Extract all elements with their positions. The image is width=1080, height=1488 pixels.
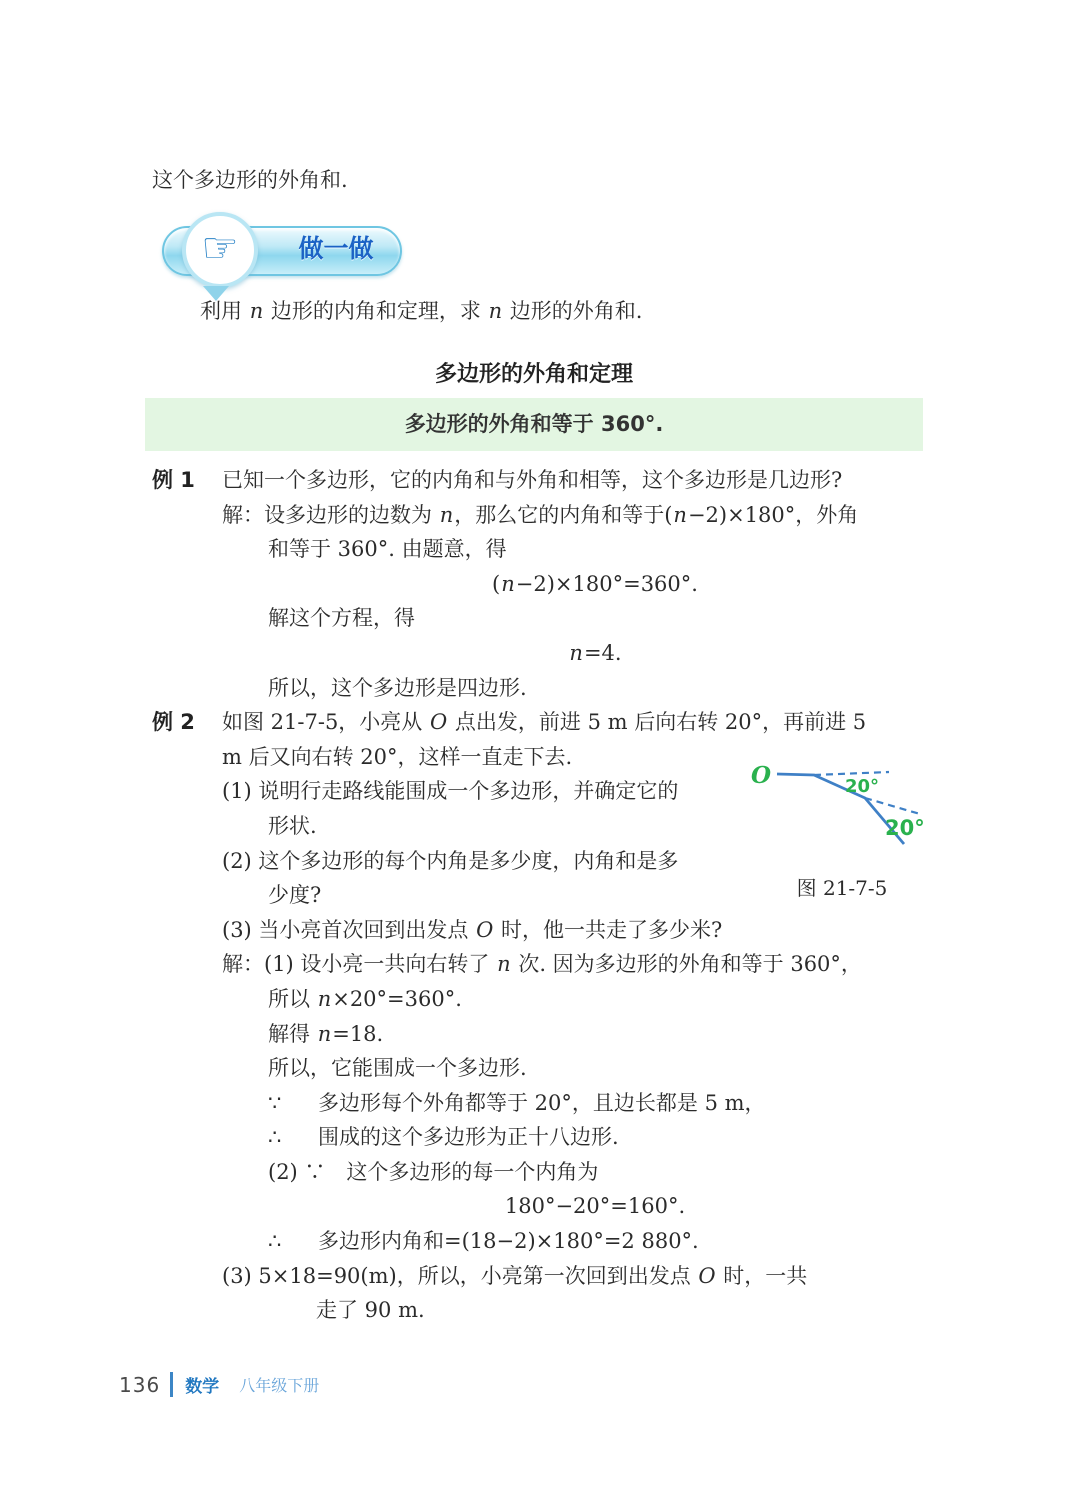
example-label: 例 2 bbox=[152, 705, 222, 740]
example1-conclusion: 所以，这个多边形是四边形. bbox=[152, 671, 948, 706]
example2-solution-line: 解得 n=18. bbox=[152, 1017, 948, 1052]
line-text: 少度? bbox=[268, 883, 321, 907]
example2-question: 例 2如图 21-7-5，小亮从 O 点出发，前进 5 m 后向右转 20°，再… bbox=[152, 705, 948, 740]
line-text: 多边形内角和=(18−2)×180°=2 880°. bbox=[318, 1224, 699, 1259]
example-label: 例 1 bbox=[152, 463, 222, 498]
example2-solution-line: 走了 90 m. bbox=[152, 1293, 948, 1328]
page-number: 136 bbox=[119, 1373, 160, 1397]
example2-solution-line: (2) ∵ 这个多边形的每一个内角为 bbox=[152, 1155, 948, 1190]
intro-line: 这个多边形的外角和. bbox=[152, 164, 348, 194]
do-it-badge: 做一做 ☞ bbox=[162, 212, 412, 308]
line-text: 解得 n=18. bbox=[268, 1022, 383, 1046]
angle-label-2: 20° bbox=[885, 816, 925, 840]
line-text: (3) 5×18=90(m)，所以，小亮第一次回到出发点 O 时，一共 bbox=[222, 1264, 807, 1288]
footer-book-title: 八年级下册 bbox=[239, 1373, 319, 1396]
example2-solution-line: 解：(1) 设小亮一共向右转了 n 次. 因为多边形的外角和等于 360°， bbox=[152, 947, 948, 982]
line-text: 已知一个多边形，它的内角和与外角和相等，这个多边形是几边形? bbox=[222, 463, 842, 498]
line-text: (1) 说明行走路线能围成一个多边形，并确定它的 bbox=[222, 779, 678, 803]
equation: 180°−20°=160°. bbox=[152, 1189, 948, 1224]
line-text: 围成的这个多边形为正十八边形. bbox=[318, 1120, 619, 1155]
example1-solution-line: 解这个方程，得 bbox=[152, 601, 948, 636]
line-text: 如图 21-7-5，小亮从 O 点出发，前进 5 m 后向右转 20°，再前进 … bbox=[222, 705, 866, 740]
dashed-extension-1 bbox=[814, 772, 889, 775]
therefore-statement: ∴多边形内角和=(18−2)×180°=2 880°. bbox=[152, 1224, 948, 1259]
footer-subject: 数学 bbox=[185, 1372, 219, 1397]
example2-solution-line: 所以，它能围成一个多边形. bbox=[152, 1051, 948, 1086]
line-text: 走了 90 m. bbox=[316, 1298, 425, 1322]
line-text: 所以，这个多边形是四边形. bbox=[268, 676, 527, 700]
example1-solution-line: 解：设多边形的边数为 n，那么它的内角和等于(n−2)×180°，外角 bbox=[152, 498, 948, 533]
example2-item-3: (3) 当小亮首次回到出发点 O 时，他一共走了多少米? bbox=[152, 913, 948, 948]
line-text: (2) 这个多边形的每个内角是多少度，内角和是多 bbox=[222, 849, 678, 873]
page-footer: 136 数学 八年级下册 bbox=[119, 1372, 319, 1397]
badge-label: 做一做 bbox=[278, 226, 394, 272]
figure-21-7-5: O 20° 20° bbox=[743, 754, 945, 866]
footer-divider bbox=[170, 1372, 173, 1397]
theorem-highlight-box: 多边形的外角和等于 360°. bbox=[145, 398, 923, 451]
line-text: 多边形每个外角都等于 20°，且边长都是 5 m， bbox=[318, 1086, 766, 1121]
angle-label-1: 20° bbox=[845, 776, 879, 797]
example1-question: 例 1已知一个多边形，它的内角和与外角和相等，这个多边形是几边形? bbox=[152, 463, 948, 498]
badge-circle: ☞ bbox=[182, 212, 258, 288]
logic-marker: ∴ bbox=[268, 1120, 318, 1155]
line-text: (2) ∵ 这个多边形的每一个内角为 bbox=[268, 1160, 598, 1184]
therefore-statement: ∴围成的这个多边形为正十八边形. bbox=[152, 1120, 948, 1155]
theorem-statement: 多边形的外角和等于 360°. bbox=[405, 412, 664, 436]
point-O-label: O bbox=[751, 762, 771, 789]
line-text: 形状. bbox=[268, 814, 317, 838]
hand-pointer-icon: ☞ bbox=[201, 227, 239, 269]
polygon-walk-diagram: O 20° 20° bbox=[743, 754, 945, 866]
line-text: 所以，它能围成一个多边形. bbox=[268, 1056, 527, 1080]
equation: (n−2)×180°=360°. bbox=[152, 567, 948, 602]
logic-marker: ∵ bbox=[268, 1086, 318, 1121]
example1-solution-line: 和等于 360°. 由题意，得 bbox=[152, 532, 948, 567]
line-text: 所以 n×20°=360°. bbox=[268, 987, 462, 1011]
line-text: (n−2)×180°=360°. bbox=[492, 572, 698, 596]
line-text: 解：设多边形的边数为 n，那么它的内角和等于(n−2)×180°，外角 bbox=[222, 503, 858, 527]
line-text: 和等于 360°. 由题意，得 bbox=[268, 537, 507, 561]
line-text: 解这个方程，得 bbox=[268, 606, 415, 630]
textbook-page: 这个多边形的外角和. 做一做 ☞ 利用 n 边形的内角和定理，求 n 边形的外角… bbox=[0, 0, 1080, 1488]
example2-solution-line: (3) 5×18=90(m)，所以，小亮第一次回到出发点 O 时，一共 bbox=[152, 1259, 948, 1294]
line-text: 解：(1) 设小亮一共向右转了 n 次. 因为多边形的外角和等于 360°， bbox=[222, 952, 862, 976]
because-statement: ∵多边形每个外角都等于 20°，且边长都是 5 m， bbox=[152, 1086, 948, 1121]
equation: n=4. bbox=[152, 636, 948, 671]
logic-marker: ∴ bbox=[268, 1224, 318, 1259]
line-text: n=4. bbox=[568, 641, 621, 665]
example2-solution-line: 所以 n×20°=360°. bbox=[152, 982, 948, 1017]
line-text: 180°−20°=160°. bbox=[505, 1194, 685, 1218]
theorem-title: 多边形的外角和定理 bbox=[145, 357, 923, 388]
figure-caption: 图 21-7-5 bbox=[737, 872, 947, 901]
line-text: (3) 当小亮首次回到出发点 O 时，他一共走了多少米? bbox=[222, 918, 722, 942]
line-text: m 后又向右转 20°，这样一直走下去. bbox=[222, 745, 572, 769]
activity-line: 利用 n 边形的内角和定理，求 n 边形的外角和. bbox=[200, 295, 642, 325]
